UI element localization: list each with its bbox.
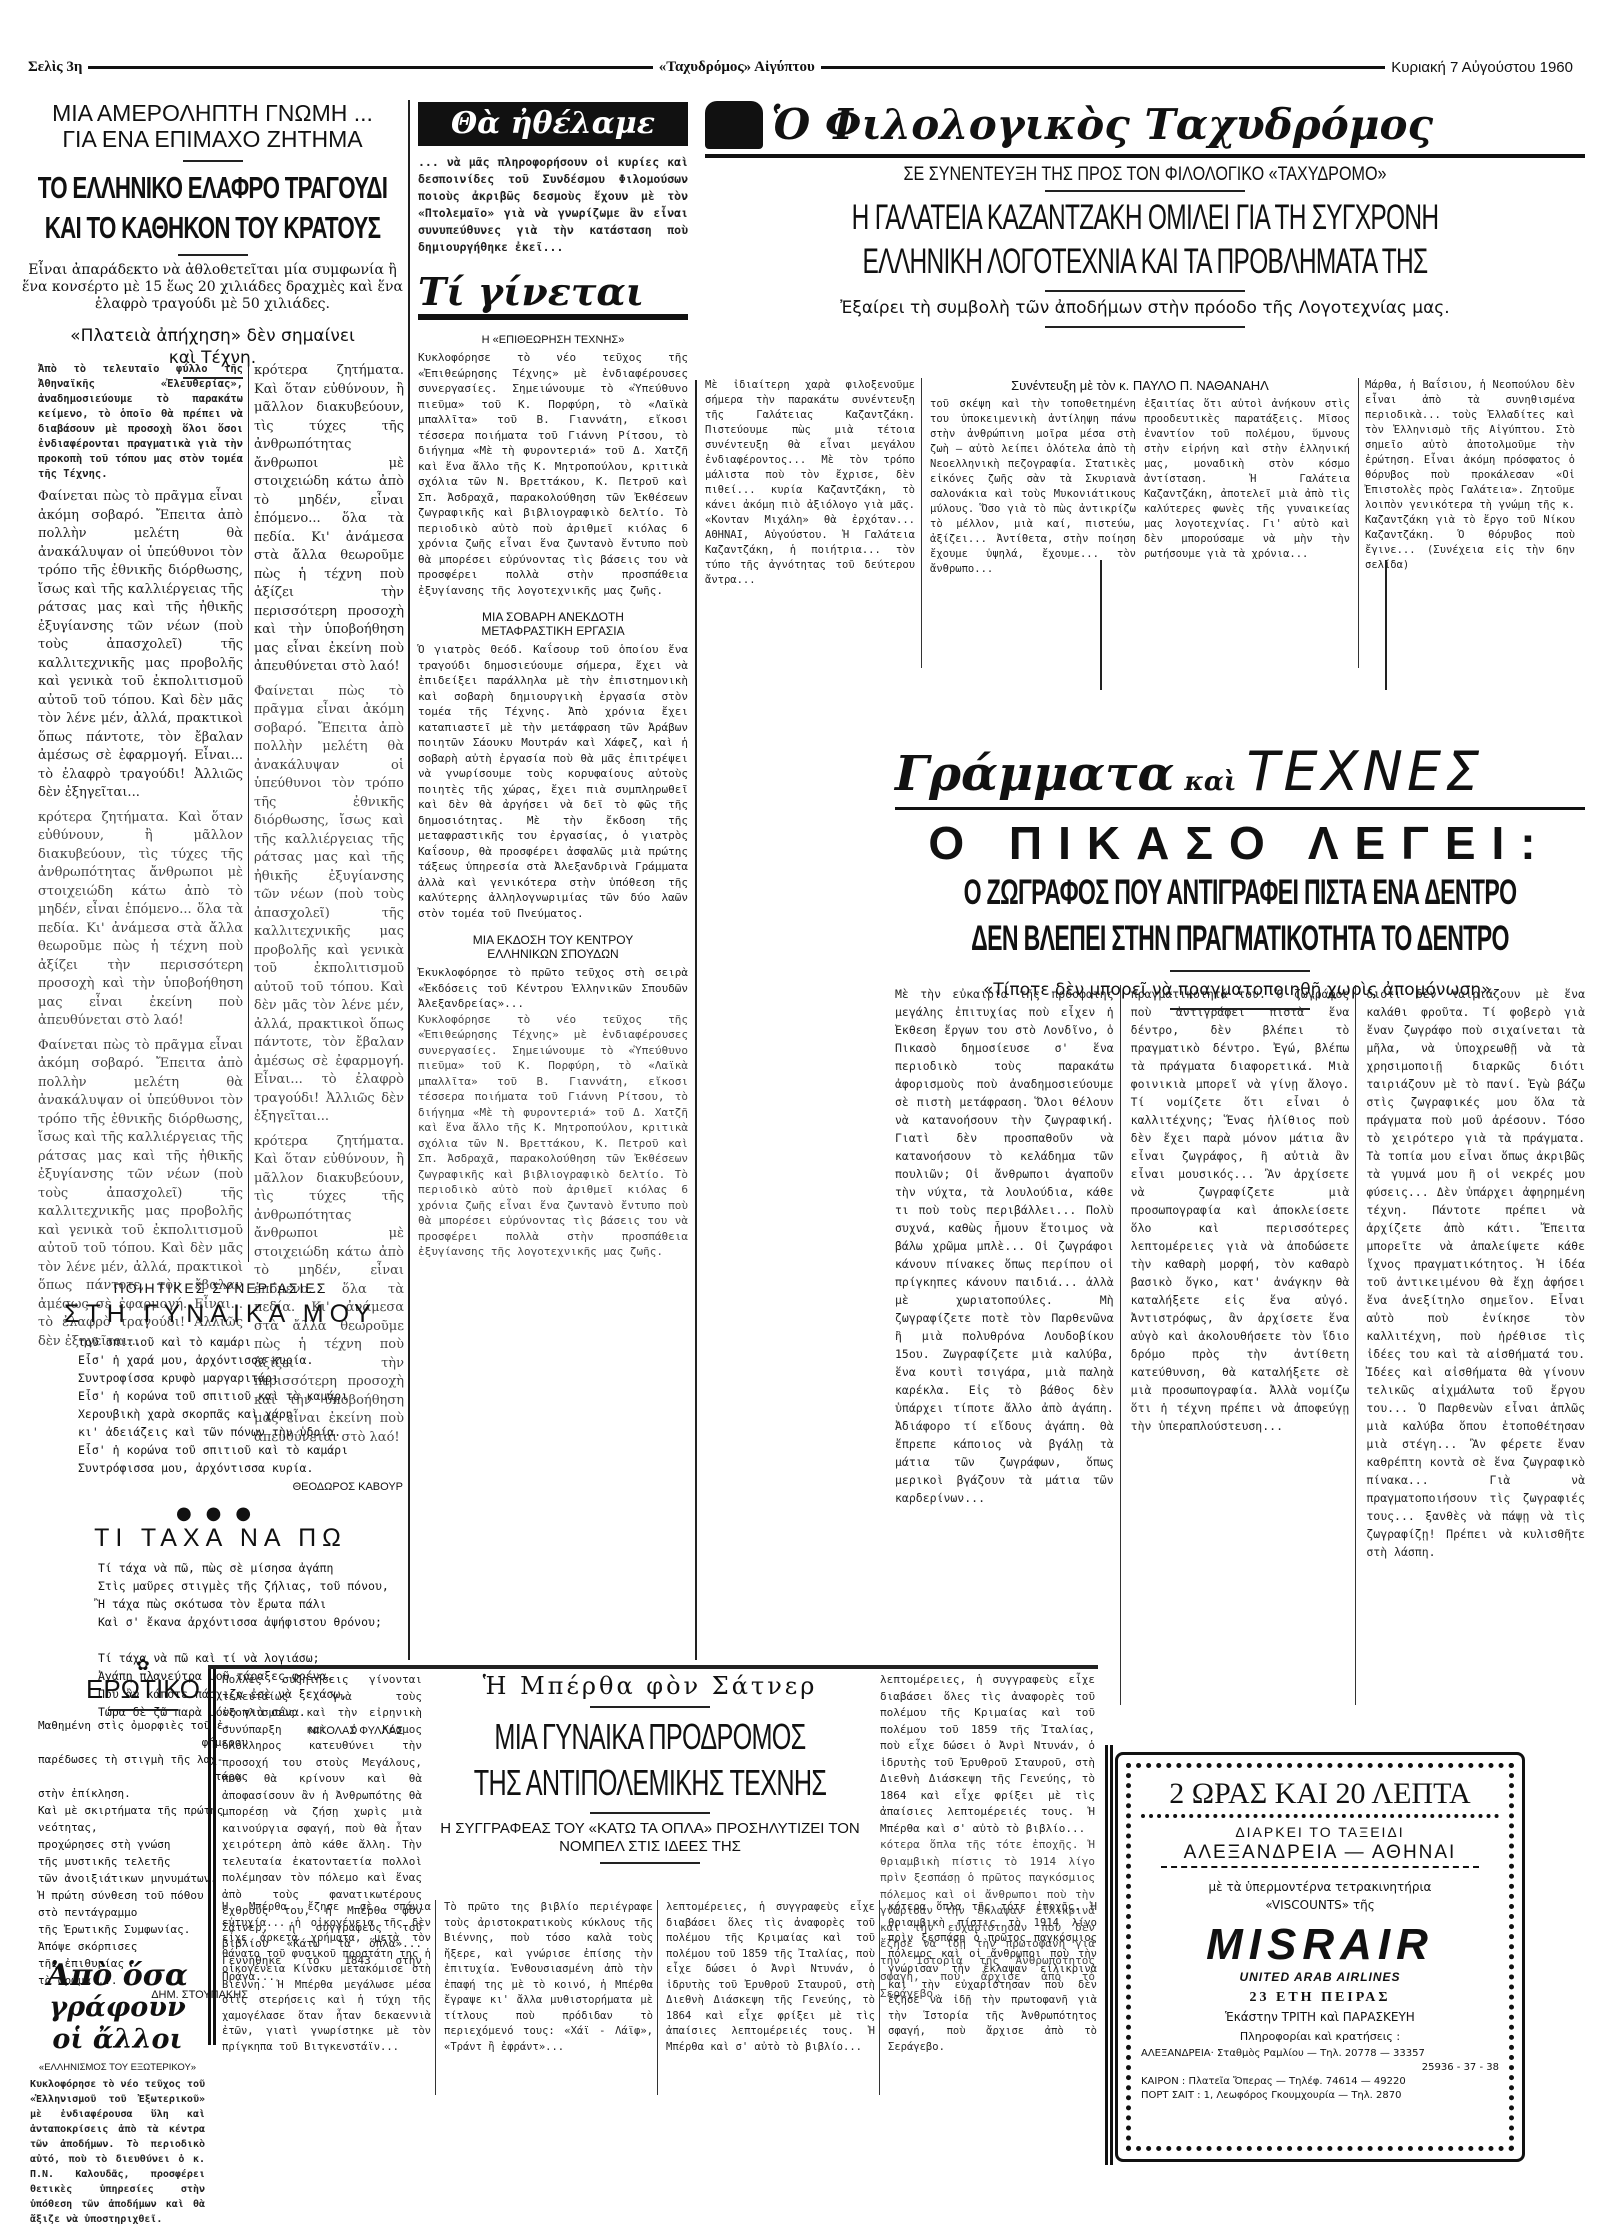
masthead-rule (88, 66, 652, 69)
bertha-col: λεπτομέρειες, ἡ συγγραφεὺς εἶχε διαβάσει… (880, 1672, 1095, 1837)
poem-title: ΣΤΗ ΓΥΝΑΙΚΑ ΜΟΥ (38, 1300, 403, 1329)
item-body-continued: Κυκλοφόρησε τὸ νέο τεῦχος τῆς «Ἐπιθεώρησ… (418, 1012, 688, 1260)
interview-kicker: ΣΕ ΣΥΝΕΝΤΕΥΞΗ ΤΗΣ ΠΡΟΣ ΤΟΝ ΦΙΛΟΛΟΓΙΚΟ «Τ… (771, 164, 1519, 186)
bertha-kicker: Ἡ Μπέρθα φὸν Σάτνερ (430, 1672, 870, 1700)
ad-route: ΑΛΕΞΑΝΔΡΕΙΑ — ΑΘΗΝΑΙ (1161, 1842, 1479, 1868)
divider (1045, 326, 1245, 328)
text-line: Καὶ μὲ σκιρτήματα τῆς πρώτης (38, 1802, 248, 1819)
text-line: τοῦ σπιτιοῦ καὶ τὸ καμάρι (78, 1333, 403, 1351)
ad-experience: 23 ΕΤΗ ΠΕΙΡΑΣ (1141, 1990, 1499, 2006)
would-like-logo: Θὰ ἠθέλαμε (418, 102, 688, 146)
kicker-1: ΜΙΑ ΑΜΕΡΟΛΗΠΤΗ ΓΝΩΜΗ ... (20, 100, 405, 126)
literary-post-banner: Ὁ Φιλολογικὸς Ταχυδρόμος (705, 100, 1585, 158)
bertha-headline-2: ΤΗΣ ΑΝΤΙΠΟΛΕΜΙΚΗΣ ΤΕΧΝΗΣ (426, 1760, 874, 1806)
picasso-col: Μὲ τὴν εὐκαιρία τῆς πρόσφατης μεγάλης ἐπ… (895, 985, 1121, 1705)
article-body-continued: Φαίνεται πὼς τὸ πρᾶγμα εἶναι ἀκόμη σοβαρ… (254, 683, 404, 1127)
ad-schedule: Ἑκάστην ΤΡΙΤΗ καὶ ΠΑΡΑΣΚΕΥΗ (1141, 2010, 1499, 2024)
item-body: Ἐκυκλοφόρησε τὸ πρῶτο τεῦχος στὴ σειρὰ «… (418, 965, 688, 1012)
text-line: ΚΑΙΡΟΝ : Πλατεῖα Ὄπερας — Τηλέφ. 74614 —… (1141, 2075, 1499, 2089)
letters-arts-banner: Γράμματα καὶ ΤΕΧΝΕΣ (895, 740, 1585, 810)
text-line: τῶν ἀνοιξιάτικων μηνυμάτων. (38, 1870, 248, 1887)
misrair-ad[interactable]: 2 ΩΡΑΣ ΚΑΙ 20 ΛΕΠΤΑ ΔΙΑΡΚΕΙ ΤΟ ΤΑΞΕΙΔΙ Α… (1115, 1752, 1525, 2162)
text-line: Μαθημένη στὶς ὀμορφιὲς τοῦ ἐ- (38, 1717, 248, 1734)
text-line: Συντροφίσσα κρυφὸ μαργαριτάρι (78, 1369, 403, 1387)
erotiko-poem: ✿ ΕΡΩΤΙΚΟ Μαθημένη στὶς ὀμορφιὲς τοῦ ἐ-φ… (38, 1655, 248, 2001)
article-body: κρότερα ζητήματα. Καὶ ὅταν εὐθύνουν, ἢ μ… (254, 362, 404, 677)
picasso-subhead-1: Ο ΖΩΓΡΑΦΟΣ ΠΟΥ ΑΝΤΙΓΡΑΦΕΙ ΠΙΣΤΑ ΕΝΑ ΔΕΝΤ… (880, 870, 1599, 916)
ad-info-label: Πληροφορίαι καὶ κρατήσεις : (1141, 2030, 1499, 2043)
ad-line3: «VISCOUNTS» τῆς (1141, 1898, 1499, 1912)
text-line: Εἶσ' ἡ κορώνα τοῦ σπιτιοῦ καὶ τὸ καμάρι (78, 1387, 403, 1405)
interview-deck: Ἐξαίρει τὴ συμβολὴ τῶν ἀποδήμων στὴν πρό… (705, 298, 1585, 318)
text-line (98, 1631, 403, 1649)
interview-body-main: Συνέντευξη μὲ τὸν κ. ΠΑΥΛΟ Π. ΝΑΘΑΝΑΗΛ τ… (930, 378, 1350, 668)
page-label: Σελὶς 3η (28, 59, 82, 76)
interview-col: τοῦ σκέψη καὶ τὴν τοποθετημένη του ὑποκε… (930, 397, 1136, 577)
text-line: ΑΛΕΞΑΝΔΡΕΙΑ· Σταθμὸς Ραμλίου — Τηλ. 2077… (1141, 2047, 1499, 2061)
text-line: στὴν ἐπίκληση. (38, 1785, 248, 1802)
item-title: Η «ΕΠΙΘΕΩΡΗΣΗ ΤΕΧΝΗΣ» (418, 334, 688, 346)
item-title: ΜΙΑ ΕΚΔΟΣΗ ΤΟΥ ΚΕΝΤΡΟΥ ΕΛΛΗΝΙΚΩΝ ΣΠΟΥΔΩΝ (418, 933, 688, 961)
picasso-col: διότι δὲν ταιριάζουν μὲ ἕνα καλάθι φροῦτ… (1366, 985, 1585, 1705)
divider (183, 160, 243, 162)
poem-title: ΤΙ ΤΑΧΑ ΝΑ ΠΩ (38, 1524, 403, 1553)
masthead: Σελὶς 3η «Ταχυδρόμος» Αἰγύπτου Κυριακή 7… (28, 52, 1573, 82)
text-line: Χερουβικὴ χαρὰ σκορπᾶς καὶ χάρη (78, 1405, 403, 1423)
chain-border (208, 1665, 1098, 1669)
middle-column: Θὰ ἠθέλαμε ... νὰ μᾶς πληροφορήσουν οἱ κ… (418, 102, 688, 1260)
interview-col: Μὲ ἰδιαίτερη χαρὰ φιλοξενοῦμε σήμερα τὴν… (705, 378, 922, 668)
bertha-subhead: Η ΣΥΓΓΡΑΦΕΑΣ ΤΟΥ «ΚΑΤΩ ΤΑ ΟΠΛΑ» ΠΡΟΣΗΛΥΤ… (430, 1820, 870, 1856)
text-line: τῆς Ἐρωτικῆς Συμφωνίας. (38, 1921, 248, 1938)
text-line: Εἶσ' ἡ χαρά μου, ἀρχόντισσα κυρία. (78, 1351, 403, 1369)
ad-headline: 2 ΩΡΑΣ ΚΑΙ 20 ΛΕΠΤΑ (1141, 1778, 1499, 1810)
text-line: 25936 - 37 - 38 (1141, 2061, 1499, 2075)
divider (1045, 290, 1245, 292)
interview-section: Ὁ Φιλολογικὸς Ταχυδρόμος ΣΕ ΣΥΝΕΝΤΕΥΞΗ Τ… (705, 100, 1585, 336)
ad-brand: MISRAIR (1141, 1920, 1499, 1970)
divider (178, 254, 248, 256)
others-title: Ἀπὸ ὅσα (30, 1960, 205, 1992)
column-divider (248, 362, 249, 1262)
headline-2: ΚΑΙ ΤΟ ΚΑΘΗΚΟΝ ΤΟΥ ΚΡΑΤΟΥΣ (16, 208, 408, 248)
divider (1170, 970, 1310, 972)
ad-brand-sub: UNITED ARAB AIRLINES (1141, 1970, 1499, 1984)
item-body: Ὁ γιατρὸς Θεόδ. Καΐσουρ τοῦ ὁποίου ἕνα τ… (418, 642, 688, 921)
ad-line2: μὲ τὰ ὑπερμοντέρνα τετρακινητήρια (1141, 1880, 1499, 1894)
item-body: Κυκλοφόρησε τὸ νέο τεῦχος τῆς «Ἐπιθεώρησ… (418, 350, 688, 598)
divider (600, 1862, 700, 1864)
text-line: ΠΟΡΤ ΣΑΙΤ : 1, Λεωφόρος Γκουμχουρία — Τη… (1141, 2089, 1499, 2103)
poem-author: ΘΕΟΔΩΡΟΣ ΚΑΒΟΥΡ (38, 1481, 403, 1493)
ad-line1: ΔΙΑΡΚΕΙ ΤΟ ΤΑΞΕΙΔΙ (1141, 1824, 1499, 1840)
picasso-subhead-2: ΔΕΝ ΒΛΕΠΕΙ ΣΤΗΝ ΠΡΑΓΜΑΤΙΚΟΤΗΤΑ ΤΟ ΔΕΝΤΡΟ (880, 916, 1599, 962)
divider (1045, 190, 1245, 192)
bertha-col: Τὸ πρῶτο της βιβλίο περιέγραφε τοὺς ἀρισ… (444, 1900, 658, 2095)
ad-offices: ΑΛΕΞΑΝΔΡΕΙΑ· Σταθμὸς Ραμλίου — Τηλ. 2077… (1141, 2047, 1499, 2103)
poem-lines: τοῦ σπιτιοῦ καὶ τὸ καμάριΕἶσ' ἡ χαρά μου… (38, 1333, 403, 1477)
masthead-rule (821, 66, 1385, 69)
text-line: Ἀπόψε σκόρπισες (38, 1938, 248, 1955)
others-subhead: «ΕΛΛΗΝΙΣΜΟΣ ΤΟΥ ΕΞΩΤΕΡΙΚΟΥ» (30, 2062, 205, 2073)
others-title: γράφουν οἱ ἄλλοι (30, 1992, 205, 2056)
bertha-header: Ἡ Μπέρθα φὸν Σάτνερ ΜΙΑ ΓΥΝΑΙΚΑ ΠΡΟΔΡΟΜΟ… (430, 1672, 870, 1870)
text-line: Συντρόφισσα μου, ἀρχόντισσα κυρία. (78, 1459, 403, 1477)
picasso-headline: Ο ΠΙΚΑΣΟ ΛΕΓΕΙ: (895, 816, 1585, 870)
headline-1: ΤΟ ΕΛΛΗΝΙΚΟ ΕΛΑΦΡΟ ΤΡΑΓΟΥΔΙ (16, 168, 408, 208)
text-line: παρέδωσες τὴ στιγμὴ τῆς λαχ- (38, 1751, 248, 1768)
bullet-dots: ●●● (38, 1503, 403, 1524)
poetry-label: ΠΟΙΗΤΙΚΕΣ ΣΥΝΕΡΓΑΣΙΕΣ (38, 1280, 403, 1296)
text-line: τάρας (38, 1768, 248, 1785)
what-happens-logo: Τί γίνεται (418, 270, 688, 320)
would-like-text: ... νὰ μᾶς πληροφορήσουν οἱ κυρίες καὶ δ… (418, 154, 688, 256)
interview-byline: Συνέντευξη μὲ τὸν κ. ΠΑΥΛΟ Π. ΝΑΘΑΝΑΗΛ (930, 378, 1350, 393)
chain-border (208, 1665, 216, 2045)
divider (108, 1709, 178, 1711)
picasso-section: Γράμματα καὶ ΤΕΧΝΕΣ Ο ΠΙΚΑΣΟ ΛΕΓΕΙ: Ο ΖΩ… (895, 740, 1585, 1018)
interview-headline-2: ΕΛΛΗΝΙΚΗ ΛΟΓΟΤΕΧΝΙΑ ΚΑΙ ΤΑ ΠΡΟΒΛΗΜΑΤΑ ΤΗ… (697, 240, 1593, 284)
bertha-col: λεπτομέρειες, ἡ συγγραφεὺς εἶχε διαβάσει… (666, 1900, 880, 2095)
others-write-section: Ἀπὸ ὅσα γράφουν οἱ ἄλλοι «ΕΛΛΗΝΙΣΜΟΣ ΤΟΥ… (30, 1960, 205, 2227)
item-title: ΜΙΑ ΣΟΒΑΡΗ ΑΝΕΚΔΟΤΗ ΜΕΤΑΦΡΑΣΤΙΚΗ ΕΡΓΑΣΙΑ (418, 610, 688, 638)
banner-and: καὶ (1184, 767, 1236, 797)
text-line: Στὶς μαῦρες στιγμὲς τῆς ζήλιας, τοῦ πόνο… (98, 1577, 403, 1595)
left-article-col1: Ἀπὸ τὸ τελευταῖο φύλλο τῆς Ἀθηναϊκῆς «Ἐλ… (38, 362, 243, 1351)
poem-lines: Μαθημένη στὶς ὀμορφιὲς τοῦ ἐ-φήμερουπαρέ… (38, 1717, 248, 1989)
text-line: νεότητας, (38, 1819, 248, 1836)
others-body: Κυκλοφόρησε τὸ νέο τεῦχος τοῦ «Ἑλληνισμο… (30, 2077, 205, 2227)
paper-name: «Ταχυδρόμος» Αἰγύπτου (659, 59, 815, 76)
interview-columns: Μὲ ἰδιαίτερη χαρὰ φιλοξενοῦμε σήμερα τὴν… (705, 378, 1575, 668)
interview-headline-1: Η ΓΑΛΑΤΕΙΑ ΚΑΖΑΝΤΖΑΚΗ ΟΜΙΛΕΙ ΓΙΑ ΤΗ ΣΥΓΧ… (697, 196, 1593, 240)
poem-title: ΕΡΩΤΙΚΟ (38, 1674, 248, 1705)
deck: Εἶναι ἀπαράδεκτο νὰ ἀθλοθετεῖται μία συμ… (20, 262, 405, 313)
post-horn-icon (705, 101, 763, 149)
bertha-col: Ἡ Μπέρθα ἔζησε σὲ σπάνια εὐτυχία... ἡ οἰ… (222, 1900, 436, 2095)
ad-inner-border: 2 ΩΡΑΣ ΚΑΙ 20 ΛΕΠΤΑ ΔΙΑΡΚΕΙ ΤΟ ΤΑΞΕΙΔΙ Α… (1126, 1763, 1514, 2151)
text-line: προχώρησες στὴ γνώση (38, 1836, 248, 1853)
picasso-col: πραγματικότητά του. Ὁ ζωγράφος ποὺ ἀντιγ… (1131, 985, 1357, 1705)
column-divider (408, 100, 410, 1660)
left-article-header: ΜΙΑ ΑΜΕΡΟΛΗΠΤΗ ΓΝΩΜΗ ... ΓΙΑ ΕΝΑ ΕΠΙΜΑΧΟ… (20, 100, 405, 387)
picasso-columns: Μὲ τὴν εὐκαιρία τῆς πρόσφατης μεγάλης ἐπ… (895, 985, 1585, 1705)
bertha-col: κότερα ὅπλα τῆς τότε ἐποχῆς. Ἡ θριαμβικὴ… (888, 1900, 1097, 2095)
kicker-2: ΓΙΑ ΕΝΑ ΕΠΙΜΑΧΟ ΖΗΤΗΜΑ (20, 126, 405, 152)
text-line: Ἡ πρώτη σύνθεση τοῦ πόθου (38, 1887, 248, 1904)
bertha-headline-1: ΜΙΑ ΓΥΝΑΙΚΑ ΠΡΟΔΡΟΜΟΣ (426, 1714, 874, 1760)
text-line: Καὶ σ' ἔκανα ἀρχόντισσα ἀψήφιστου θρόνου… (98, 1613, 403, 1631)
column-divider (695, 380, 697, 1660)
banner-title: Ὁ Φιλολογικὸς Ταχυδρόμος (771, 100, 1433, 150)
text-line: κι' ἀδειάζεις καὶ τῶν πόνων τὴν ὑδρία. (78, 1423, 403, 1441)
chain-border (1105, 1745, 1113, 2165)
bertha-columns: Ἡ Μπέρθα ἔζησε σὲ σπάνια εὐτυχία... ἡ οἰ… (222, 1900, 1097, 2095)
article-body: Φαίνεται πὼς τὸ πρᾶγμα εἶναι ἀκόμη σοβαρ… (38, 488, 243, 803)
article-body-continued: κρότερα ζητήματα. Καὶ ὅταν εὐθύνουν, ἢ μ… (38, 809, 243, 1031)
text-line: Τί τάχα νὰ πῶ, πὼς σὲ μίσησα ἀγάπη (98, 1559, 403, 1577)
divider (1141, 1814, 1499, 1820)
banner-letters: Γράμματα (895, 746, 1174, 802)
text-line: φήμερου (38, 1734, 248, 1751)
interview-col: ἐξαιτίας ὅτι αὐτοὶ ἀνήκουν στὶς προοδευτ… (1144, 397, 1350, 577)
text-line: τῆς μυστικῆς τελετῆς (38, 1853, 248, 1870)
text-line: Ἢ τάχα πὼς σκότωσα τὸν ἔρωτα πάλι (98, 1595, 403, 1613)
text-line: στὸ πεντάγραμμο (38, 1904, 248, 1921)
intro-text: Ἀπὸ τὸ τελευταῖο φύλλο τῆς Ἀθηναϊκῆς «Ἐλ… (38, 362, 243, 482)
text-line: Εἶσ' ἡ κορώνα τοῦ σπιτιοῦ καὶ τὸ καμάρι (78, 1441, 403, 1459)
interview-col: Μάρθα, ἡ Βαΐσιου, ἡ Νεοπούλου δὲν εἶναι … (1358, 378, 1575, 668)
divider (590, 1812, 710, 1814)
divider (590, 1706, 710, 1708)
issue-date: Κυριακή 7 Αὐγούστου 1960 (1391, 59, 1573, 76)
banner-arts: ΤΕΧΝΕΣ (1246, 740, 1483, 803)
